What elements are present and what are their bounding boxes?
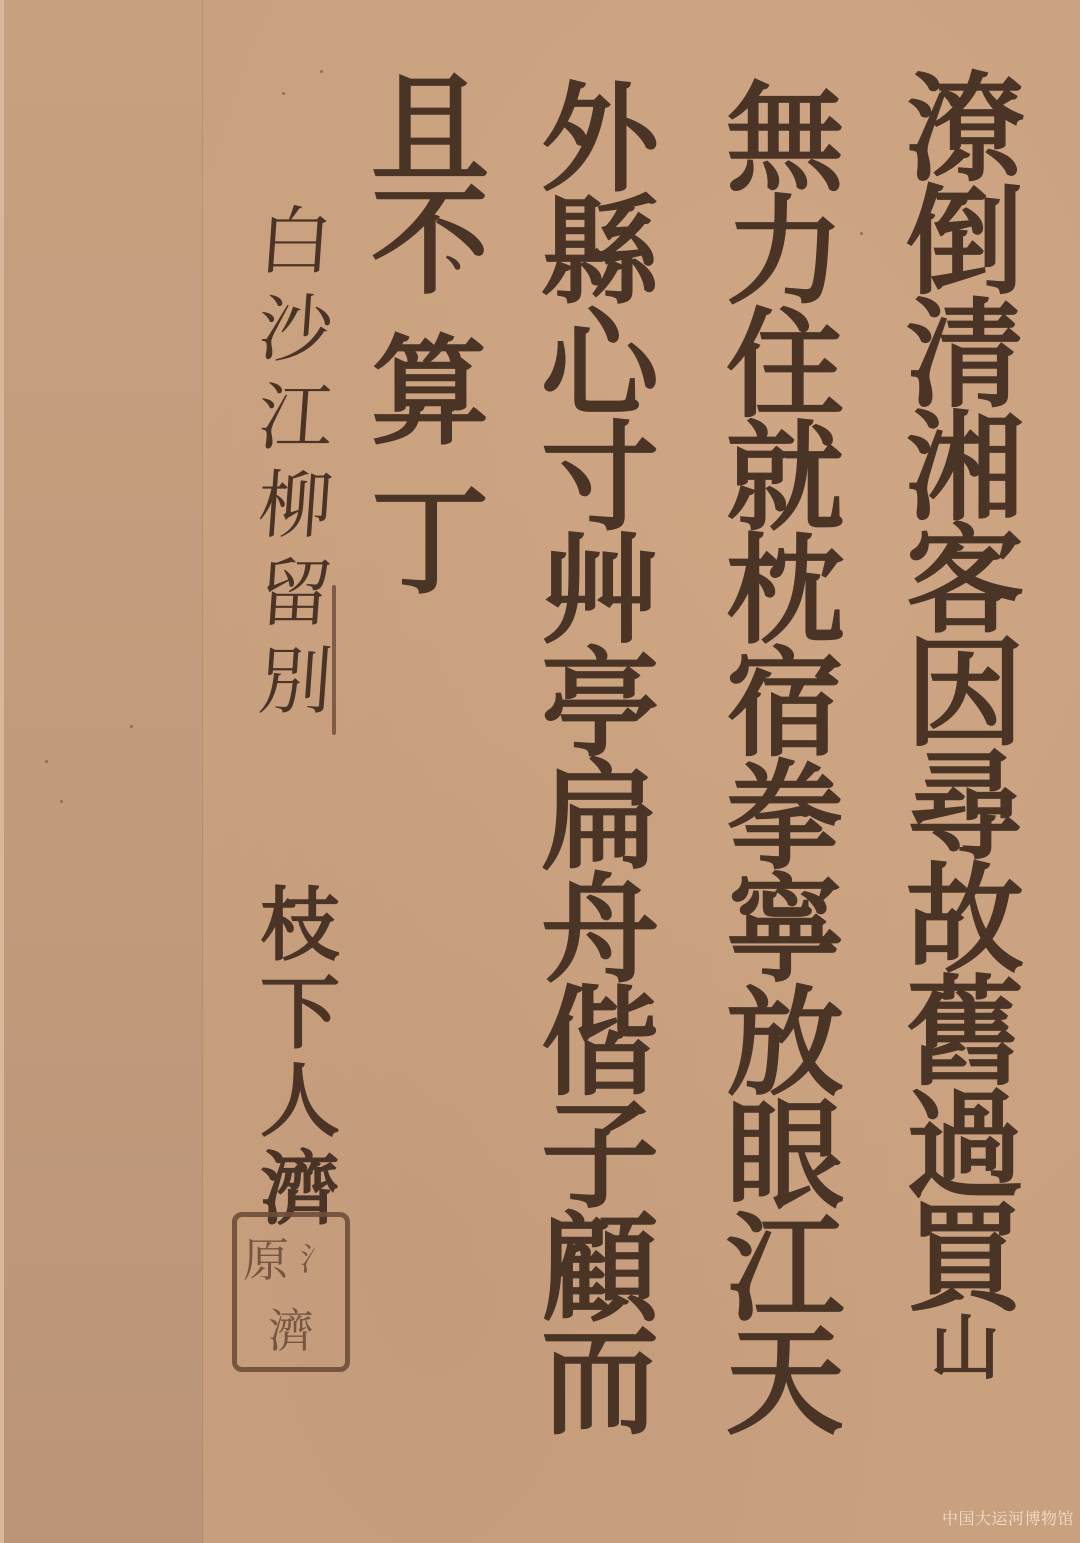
char: 江 (255, 381, 335, 469)
char: 宿 (726, 645, 844, 758)
char: 偕 (541, 984, 659, 1097)
char: 買 (906, 1200, 1024, 1313)
char: 算 (371, 333, 489, 483)
char: 縣 (541, 193, 659, 306)
char: 江 (726, 1210, 844, 1323)
paper-speck (60, 800, 63, 803)
seal-char: 氵 (291, 1221, 341, 1292)
char: 下 (260, 973, 340, 1061)
char: 丁 (371, 483, 489, 596)
paper-speck (130, 725, 133, 728)
trailing-brush-stroke (332, 585, 336, 735)
signature-column: 枝 下 人 濟 (245, 885, 355, 1237)
calligraphy-sheet: 潦 倒 清 湘 客 因 尋 故 舊 過 買 山 無 力 住 就 枕 宿 拳 寧 … (0, 0, 1080, 1543)
char: 心 (541, 306, 659, 419)
char: 艸 (541, 532, 659, 645)
char: 湘 (906, 409, 1024, 522)
paper-speck (860, 232, 863, 235)
char: 寧 (726, 871, 844, 984)
artist-seal: 原 氵 濟 (232, 1212, 350, 1372)
seal-char: 原 (241, 1221, 291, 1292)
char: 清 (906, 296, 1024, 409)
left-mount-strip (0, 0, 203, 1543)
char: 潦 (906, 70, 1024, 183)
char: 留 (255, 557, 335, 645)
char: 尋 (906, 748, 1024, 861)
char: 過 (906, 1087, 1024, 1200)
char: 山 (930, 1313, 1000, 1383)
char: 扁 (541, 758, 659, 871)
paper-speck (282, 92, 285, 95)
char: 別 (255, 645, 335, 733)
text-column-1: 潦 倒 清 湘 客 因 尋 故 舊 過 買 山 (880, 70, 1050, 1383)
char: 因 (906, 635, 1024, 748)
text-column-3: 外 縣 心 寸 艸 亭 扁 舟 偕 子 顧 而 (515, 80, 685, 1436)
char: 放 (726, 984, 844, 1097)
char: 舟 (541, 871, 659, 984)
char: 人 (260, 1061, 340, 1149)
museum-watermark: 中国大运河博物馆 (942, 1506, 1074, 1529)
char: 眼 (726, 1097, 844, 1210)
char: 故 (906, 861, 1024, 974)
text-column-4: 且 不 、 算 丁 (345, 70, 515, 596)
char: 子 (541, 1097, 659, 1210)
char: 寸 (541, 419, 659, 532)
char: 顧 (541, 1210, 659, 1323)
paper-speck (45, 760, 48, 763)
char: 亭 (541, 645, 659, 758)
char: 而 (541, 1323, 659, 1436)
seal-char: 濟 (241, 1292, 341, 1363)
char: 枕 (726, 532, 844, 645)
char: 拳 (726, 758, 844, 871)
char: 無 (726, 80, 844, 193)
char: 天 (726, 1323, 844, 1436)
char: 且 (371, 70, 489, 183)
char: 枝 (260, 885, 340, 973)
char: 客 (906, 522, 1024, 635)
text-column-2: 無 力 住 就 枕 宿 拳 寧 放 眼 江 天 (700, 80, 870, 1436)
char: 就 (726, 419, 844, 532)
char: 柳 (255, 469, 335, 557)
char: 外 (541, 80, 659, 193)
char: 倒 (906, 183, 1024, 296)
paper-edge (0, 0, 4, 1543)
char: 住 (726, 306, 844, 419)
char: 白 (255, 205, 335, 293)
char: 舊 (906, 974, 1024, 1087)
char: 力 (726, 193, 844, 306)
char: 沙 (255, 293, 335, 381)
paper-speck (320, 70, 323, 73)
